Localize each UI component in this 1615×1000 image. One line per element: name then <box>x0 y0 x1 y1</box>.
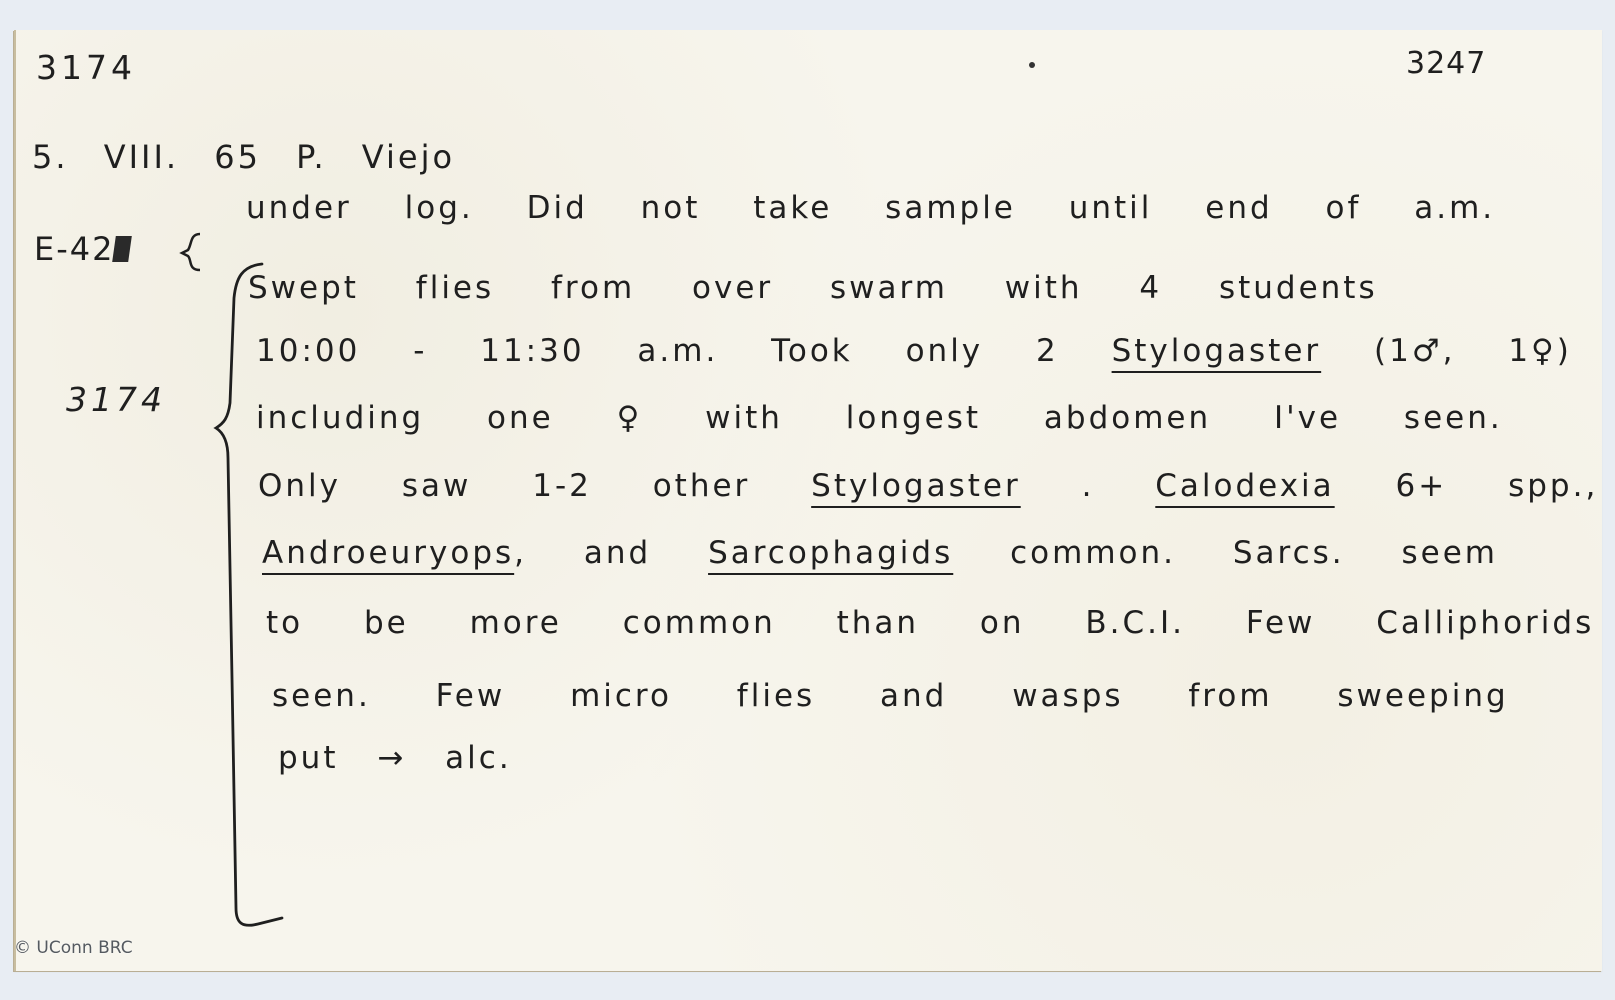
taxon-name-stylogaster: Stylogaster <box>1112 333 1322 369</box>
note-text: 10:00 - 11:30 a.m. Took only 2 <box>256 333 1112 369</box>
taxon-name-androeuryops: Androeuryops <box>262 535 514 571</box>
note-text: , and <box>514 535 708 571</box>
note-text: . <box>1021 468 1156 504</box>
note-text: put → alc. <box>278 740 512 776</box>
top-left-specimen-number: 3174 <box>36 48 136 87</box>
note-line-9: put → alc. <box>278 740 512 776</box>
note-text: common. Sarcs. seem <box>953 535 1498 571</box>
field-number-text: E-42 <box>34 230 114 268</box>
ink-dot <box>1029 62 1035 68</box>
small-brace-icon <box>178 230 204 274</box>
note-line-6: Androeuryops, and Sarcophagids common. S… <box>262 535 1498 571</box>
note-text: under log. Did not take sample until end… <box>246 190 1495 226</box>
field-number: E-42 <box>34 230 130 268</box>
note-line-3: 10:00 - 11:30 a.m. Took only 2 Stylogast… <box>256 333 1572 369</box>
taxon-name-sarcophagids: Sarcophagids <box>708 535 953 571</box>
note-text: seen. Few micro flies and wasps from swe… <box>272 678 1509 714</box>
note-line-4: including one ♀ with longest abdomen I'v… <box>256 400 1503 436</box>
note-text: including one ♀ with longest abdomen I'v… <box>256 400 1503 436</box>
note-line-8: seen. Few micro flies and wasps from swe… <box>272 678 1509 714</box>
note-line-5: Only saw 1-2 other Stylogaster . Calodex… <box>258 468 1598 504</box>
note-text: Swept flies from over swarm with 4 stude… <box>248 270 1378 306</box>
note-line-2: Swept flies from over swarm with 4 stude… <box>248 270 1378 306</box>
note-text: Only saw 1-2 other <box>258 468 811 504</box>
taxon-name-stylogaster: Stylogaster <box>811 468 1021 504</box>
note-line-7: to be more common than on B.C.I. Few Cal… <box>266 605 1594 641</box>
sex-count: (1♂, 1♀) <box>1321 333 1572 369</box>
note-text: 6+ spp., <box>1335 468 1599 504</box>
date-location-line: 5. VIII. 65 P. Viejo <box>32 138 455 176</box>
taxon-name-calodexia: Calodexia <box>1155 468 1334 504</box>
copyright-watermark: © UConn BRC <box>14 938 133 958</box>
side-specimen-number: 3174 <box>66 380 166 419</box>
top-right-catalog-number: 3247 <box>1406 46 1486 81</box>
ink-blot <box>113 236 133 262</box>
specimen-note-card: 3174 3247 5. VIII. 65 P. Viejo E-42 3174… <box>14 30 1602 971</box>
note-line-1: under log. Did not take sample until end… <box>246 190 1495 226</box>
note-text: to be more common than on B.C.I. Few Cal… <box>266 605 1594 641</box>
